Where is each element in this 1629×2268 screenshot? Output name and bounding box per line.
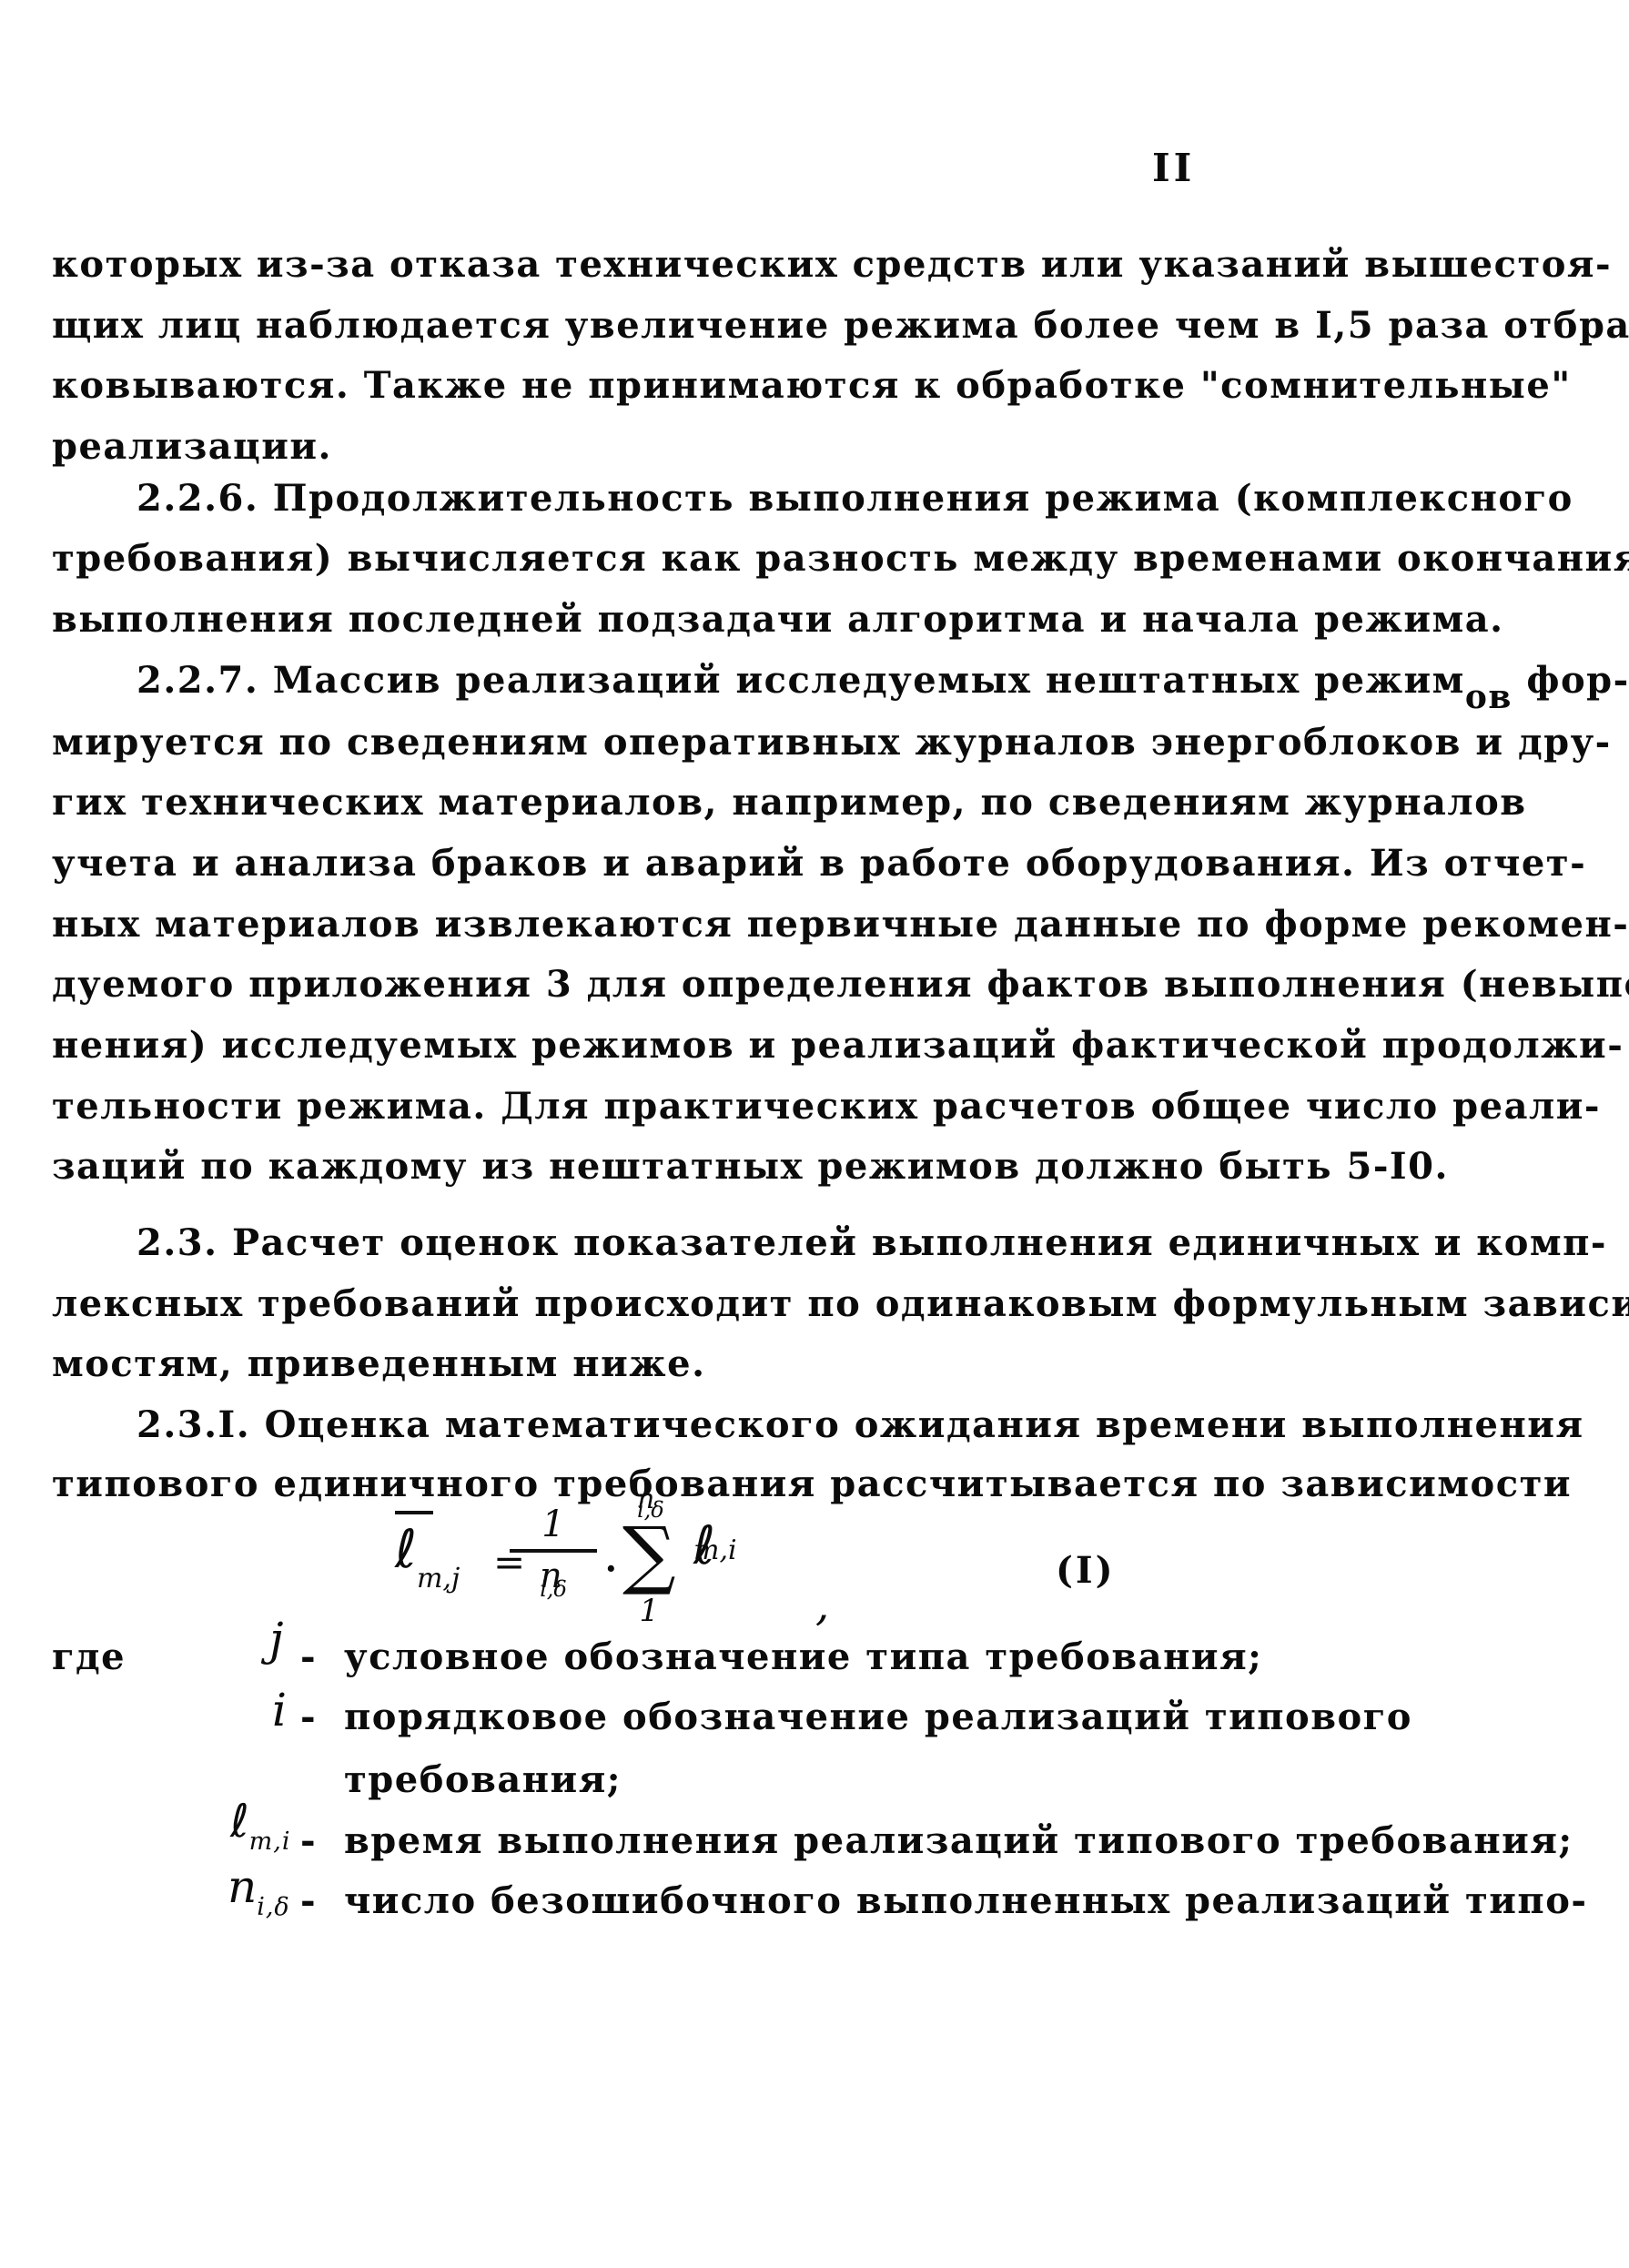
definition-symbol-i: i (272, 1684, 287, 1736)
text-line: выполнения последней подзадачи алгоритма… (52, 601, 1504, 639)
formula-number: (I) (1056, 1549, 1116, 1592)
sum-lower-limit: 1 (622, 1593, 676, 1629)
fraction: 1 ni,δ (510, 1504, 597, 1595)
text-line: гих технических материалов, например, по… (52, 784, 1527, 822)
definition-symbol-n-idelta: ni,δ (228, 1860, 290, 1913)
summation: ∑ 1 (622, 1518, 676, 1629)
text-line: нения) исследуемых режимов и реализаций … (52, 1027, 1624, 1065)
multiplication-dot: · (604, 1545, 618, 1592)
definition-text: порядковое обозначение реализаций типово… (344, 1698, 1412, 1736)
text-line: 2.3.I. Оценка математического ожидания в… (137, 1406, 1584, 1444)
text-line: мируется по сведениям оперативных журнал… (52, 724, 1612, 762)
text-line: дуемого приложения 3 для определения фак… (52, 966, 1629, 1004)
text-line: тельности режима. Для практических расче… (52, 1088, 1601, 1126)
text-line: требования) вычисляется как разность меж… (52, 540, 1629, 578)
fraction-numerator: 1 (510, 1504, 597, 1553)
where-label: где (52, 1638, 126, 1676)
text-line-with-dropped-subscript: 2.2.7. Массив реализаций исследуемых неш… (137, 662, 1629, 700)
definition-text: условное обозначение типа требования; (344, 1638, 1262, 1676)
definition-dash: - (300, 1698, 317, 1736)
text-line: ковываются. Также не принимаются к обраб… (52, 367, 1572, 405)
text-line: реализации. (52, 428, 332, 466)
sum-upper-limit: ni,δ (637, 1483, 664, 1515)
definition-symbol-l-ti: ℓт,i (230, 1795, 290, 1848)
line-prefix: 2.2.7. Массив реализаций исследуемых неш… (137, 659, 1465, 702)
formula-lhs: ℓт,j (395, 1518, 460, 1580)
fraction-denominator: ni,δ (510, 1553, 597, 1595)
definition-text-continuation: требования; (344, 1761, 622, 1799)
text-line: типового единичного требования рассчитыв… (52, 1465, 1572, 1504)
definition-text: время выполнения реализаций типового тре… (344, 1822, 1573, 1860)
scanned-document-page: II которых из-за отказа технических сред… (0, 0, 1629, 2268)
dropped-letters: ов (1465, 678, 1513, 716)
text-line: заций по каждому из нештатных режимов до… (52, 1148, 1449, 1186)
formula-term: ℓт,i (693, 1514, 737, 1546)
text-line: ных материалов извлекаются первичные дан… (52, 906, 1629, 944)
text-line: 2.3. Расчет оценок показателей выполнени… (137, 1224, 1607, 1262)
overbar (395, 1511, 433, 1514)
text-line: учета и анализа браков и аварий в работе… (52, 845, 1586, 883)
text-line: 2.2.6. Продолжительность выполнения режи… (137, 480, 1573, 518)
text-line: мостям, приведенным ниже. (52, 1345, 706, 1383)
page-number: II (1152, 146, 1195, 190)
definition-text: число безошибочного выполненных реализац… (344, 1882, 1588, 1920)
text-line: которых из-за отказа технических средств… (52, 246, 1612, 284)
formula-comma: , (815, 1580, 829, 1631)
text-line: щих лиц наблюдается увеличение режима бо… (52, 307, 1629, 345)
definition-dash: - (300, 1638, 317, 1676)
definition-dash: - (300, 1882, 317, 1920)
definition-dash: - (300, 1822, 317, 1860)
text-line: лексных требований происходит по одинако… (52, 1285, 1629, 1323)
definition-symbol-j: j (269, 1613, 284, 1666)
sigma-sign: ∑ (622, 1518, 676, 1593)
line-suffix: фор- (1513, 659, 1629, 702)
